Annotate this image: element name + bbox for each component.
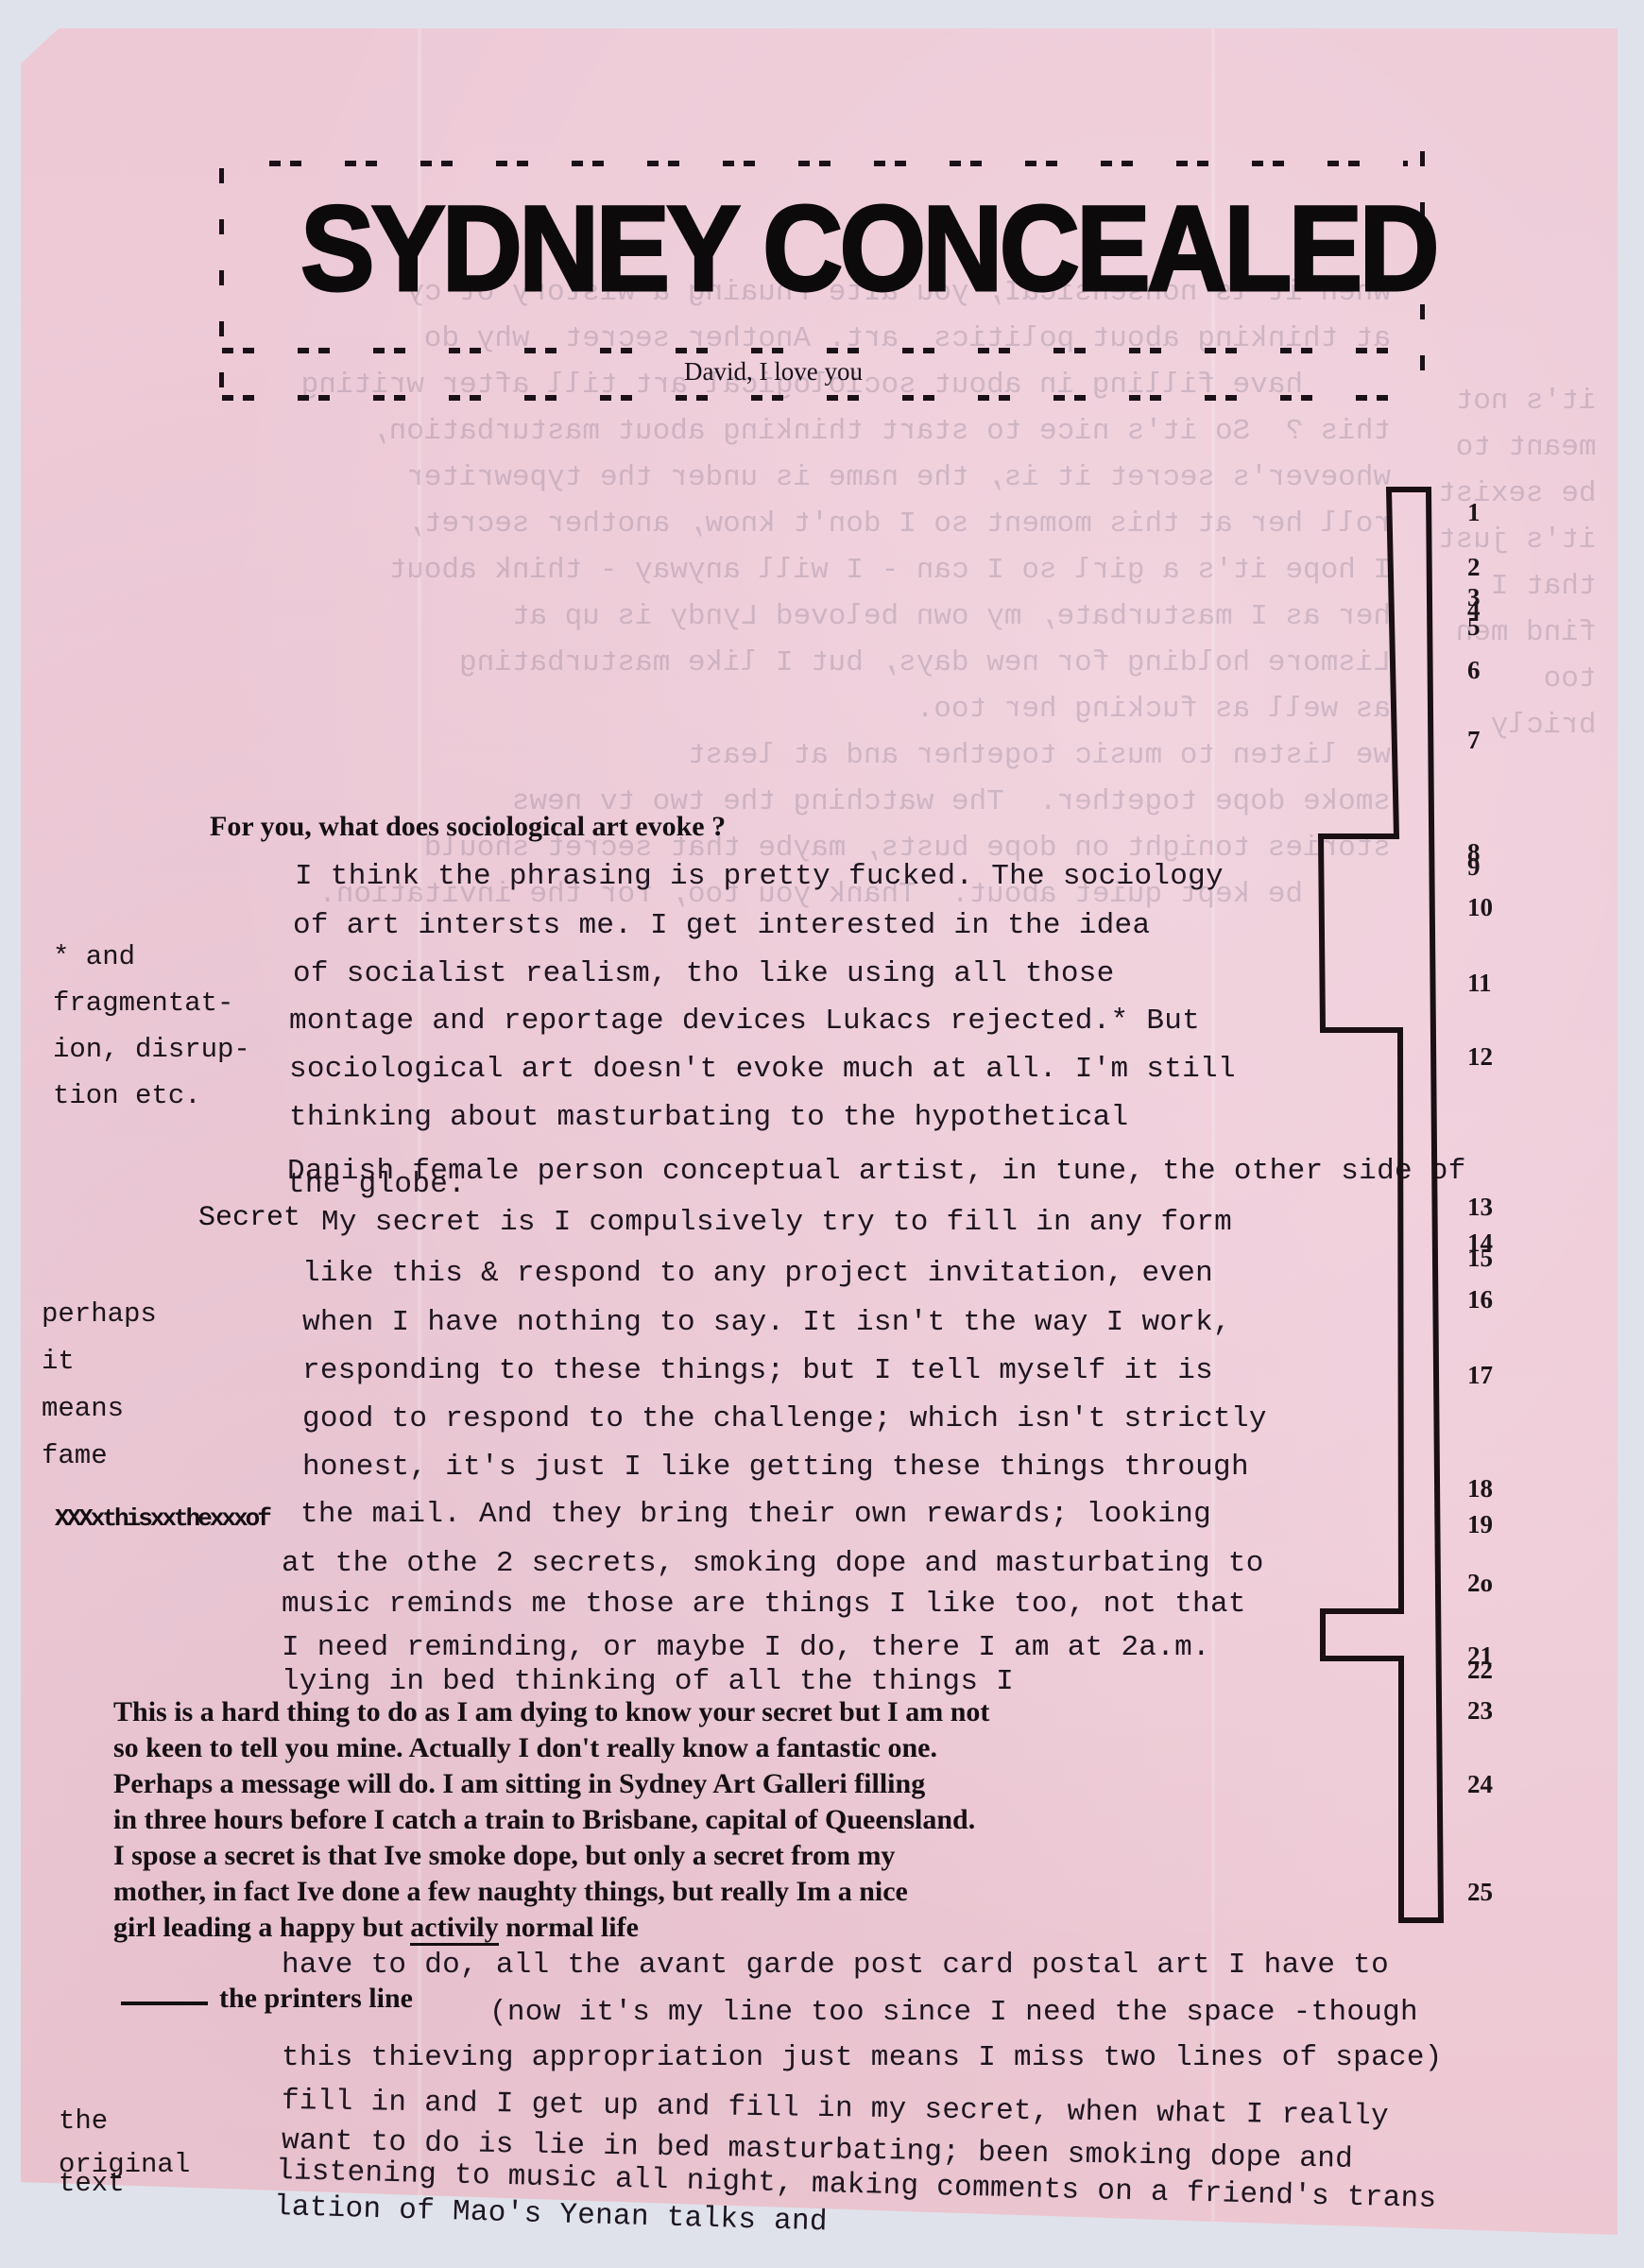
line-number: 7 — [1467, 726, 1481, 755]
dedication: David, I love you — [684, 357, 863, 387]
answer-line: montage and reportage devices Lukacs rej… — [289, 1005, 1200, 1038]
answer-line: I think the phrasing is pretty fucked. T… — [295, 860, 1224, 893]
footnote-line: fragmentat- — [53, 980, 250, 1026]
footnote-line: ion, disrup- — [53, 1026, 250, 1073]
printers-line-rule — [121, 2002, 208, 2005]
line-number: 2 — [1467, 553, 1481, 582]
line-number: 6 — [1467, 656, 1481, 685]
line-number: 5 — [1467, 612, 1481, 642]
answer-line: of art intersts me. I get interested in … — [293, 909, 1150, 942]
printed-secret-line: mother, in fact Ive done a few naughty t… — [113, 1874, 989, 1910]
continuation-line: this thieving appropriation just means I… — [282, 2041, 1443, 2074]
printed-secret-line: This is a hard thing to do as I am dying… — [113, 1694, 989, 1730]
line-number: 15 — [1467, 1244, 1493, 1273]
secret-line: when I have nothing to say. It isn't the… — [302, 1306, 1231, 1339]
printed-secret-line: I spose a secret is that Ive smoke dope,… — [113, 1838, 989, 1874]
footnote-line: tion etc. — [53, 1073, 250, 1119]
printed-secret-line: Perhaps a message will do. I am sitting … — [113, 1766, 989, 1802]
struck-out-text: XXXxthisxxthexxxof — [55, 1504, 269, 1533]
frame-middle — [222, 348, 1413, 353]
line-number: 2o — [1467, 1569, 1493, 1598]
printers-line-label: the printers line — [219, 1983, 413, 2015]
secret-line: music reminds me those are things I like… — [282, 1588, 1246, 1621]
secret-line: responding to these things; but I tell m… — [302, 1354, 1213, 1387]
line-number: 1 — [1467, 498, 1481, 527]
question-heading: For you, what does sociological art evok… — [210, 811, 726, 843]
secret-label: Secret — [198, 1202, 300, 1234]
line-number: 18 — [1467, 1474, 1493, 1503]
secret-line: at the othe 2 secrets, smoking dope and … — [282, 1547, 1264, 1580]
line-number: 10 — [1467, 893, 1493, 922]
printed-secret-line-last: girl leading a happy but activily normal… — [113, 1910, 989, 1946]
answer-line: thinking about masturbating to the hypot… — [289, 1101, 1128, 1134]
line-number: 13 — [1467, 1193, 1493, 1222]
margin-note-line: means — [42, 1385, 157, 1433]
text-run: girl leading a happy but — [113, 1912, 410, 1943]
line-number: 16 — [1467, 1285, 1493, 1314]
printed-secret-line: in three hours before I catch a train to… — [113, 1802, 989, 1838]
line-number: 11 — [1467, 969, 1492, 998]
line-number: 19 — [1467, 1510, 1493, 1539]
answer-line: sociological art doesn't evoke much at a… — [289, 1053, 1236, 1086]
original-text-label: the original text — [59, 2105, 190, 2200]
continuation-line: have to do, all the avant garde post car… — [282, 1949, 1389, 1982]
document-title: SYDNEY CONCEALED — [300, 189, 1436, 310]
secret-line: I need reminding, or maybe I do, there I… — [282, 1631, 1210, 1664]
line-number: 9 — [1467, 852, 1481, 882]
margin-note-line: perhaps — [42, 1291, 157, 1338]
line-number: 17 — [1467, 1361, 1493, 1390]
secret-line: like this & respond to any project invit… — [302, 1257, 1213, 1290]
margin-note-line: fame — [42, 1433, 157, 1480]
secret-line: lying in bed thinking of all the things … — [282, 1665, 1014, 1698]
answer-line: of socialist realism, tho like using all… — [293, 957, 1115, 990]
frame-top — [269, 161, 1408, 166]
footnote-line: * and — [53, 934, 250, 980]
margin-note-fame: perhaps it means fame — [42, 1291, 157, 1480]
secret-line: My secret is I compulsively try to fill … — [321, 1206, 1232, 1239]
line-number: 24 — [1467, 1770, 1493, 1799]
label-line: the — [59, 2105, 190, 2138]
secret-line: honest, it's just I like getting these t… — [302, 1451, 1249, 1484]
line-number: 22 — [1467, 1656, 1493, 1685]
frame-left — [219, 168, 224, 409]
text-run: normal life — [499, 1912, 639, 1943]
continuation-line: (now it's my line too since I need the s… — [489, 1996, 1418, 2029]
secret-line: good to respond to the challenge; which … — [302, 1402, 1267, 1435]
line-number: 12 — [1467, 1042, 1493, 1072]
line-number: 23 — [1467, 1696, 1493, 1726]
frame-bottom — [222, 395, 1417, 401]
show-through-text-margin: it's not meant to be sexist it's just th… — [1438, 378, 1596, 748]
secret-line: the mail. And they bring their own rewar… — [300, 1498, 1211, 1531]
footnote: * and fragmentat- ion, disrup- tion etc. — [53, 934, 250, 1119]
answer-line-overtyped: the globe. — [287, 1168, 466, 1201]
line-number: 25 — [1467, 1878, 1493, 1907]
printed-secret-line: so keen to tell you mine. Actually I don… — [113, 1730, 989, 1766]
printed-secret-block: This is a hard thing to do as I am dying… — [113, 1694, 989, 1946]
margin-note-line: it — [42, 1338, 157, 1385]
underlined-word: activily — [410, 1912, 498, 1946]
